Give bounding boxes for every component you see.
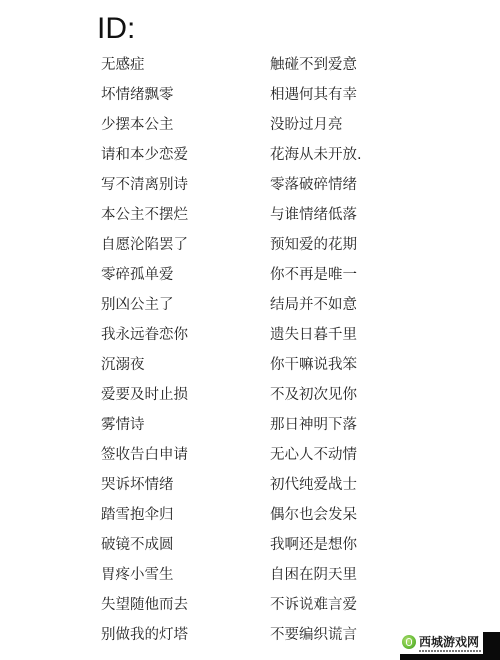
list-row: 本公主不摆烂 与谁情绪低落 [0, 204, 500, 234]
list-item-right: 偶尔也会发呆 [270, 504, 357, 526]
list-item-right: 自困在阴天里 [270, 564, 357, 586]
list-item-left: 零碎孤单爱 [101, 264, 174, 286]
game-logo-icon [402, 635, 416, 649]
list-item-right: 与谁情绪低落 [270, 204, 357, 226]
list-row: 请和本少恋爱 花海从未开放. [0, 144, 500, 174]
list-item-left: 别做我的灯塔 [101, 624, 188, 646]
list-item-left: 破镜不成圆 [101, 534, 174, 556]
list-row: 踏雪抱伞归 偶尔也会发呆 [0, 504, 500, 534]
list-item-right: 无心人不动情 [270, 444, 357, 466]
list-item-right: 相遇何其有幸 [270, 84, 357, 106]
list-item-left: 本公主不摆烂 [101, 204, 188, 226]
list-item-left: 踏雪抱伞归 [101, 504, 174, 526]
list-item-left: 自愿沦陷罢了 [101, 234, 188, 256]
list-item-left: 请和本少恋爱 [101, 144, 188, 166]
list-item-right: 不诉说难言爱 [270, 594, 357, 616]
list-item-left: 雾情诗 [101, 414, 145, 436]
list-item-left: 爱要及时止损 [101, 384, 188, 406]
list-item-right: 遗失日暮千里 [270, 324, 357, 346]
list-row: 哭诉坏情绪 初代纯爱战士 [0, 474, 500, 504]
list-item-right: 预知爱的花期 [270, 234, 357, 256]
list-item-left: 别凶公主了 [101, 294, 174, 316]
list-item-left: 写不清离别诗 [101, 174, 188, 196]
list-item-right: 你干嘛说我笨 [270, 354, 357, 376]
list-row: 沉溺夜 你干嘛说我笨 [0, 354, 500, 384]
list-item-left: 无感症 [101, 54, 145, 76]
list-item-right: 你不再是唯一 [270, 264, 357, 286]
list-row: 写不清离别诗 零落破碎情绪 [0, 174, 500, 204]
list-item-right: 我啊还是想你 [270, 534, 357, 556]
list-row: 胃疼小雪生 自困在阴天里 [0, 564, 500, 594]
list-item-right: 触碰不到爱意 [270, 54, 357, 76]
list-item-left: 哭诉坏情绪 [101, 474, 174, 496]
list-item-right: 初代纯爱战士 [270, 474, 357, 496]
list-item-left: 胃疼小雪生 [101, 564, 174, 586]
list-row: 自愿沦陷罢了 预知爱的花期 [0, 234, 500, 264]
list-item-right: 没盼过月亮 [270, 114, 343, 136]
list-item-left: 坏情绪飘零 [101, 84, 174, 106]
list-row: 破镜不成圆 我啊还是想你 [0, 534, 500, 564]
list-item-right: 结局并不如意 [270, 294, 357, 316]
list-item-right: 零落破碎情绪 [270, 174, 357, 196]
list-row: 爱要及时止损 不及初次见你 [0, 384, 500, 414]
list-row: 零碎孤单爱 你不再是唯一 [0, 264, 500, 294]
list-item-right: 不要编织谎言 [270, 624, 357, 646]
watermark-text: 西城游戏网 [419, 635, 479, 649]
list-item-right: 那日神明下落 [270, 414, 357, 436]
id-name-list: 无感症 触碰不到爱意 坏情绪飘零 相遇何其有幸 少摆本公主 没盼过月亮 请和本少… [0, 54, 500, 654]
list-row: 雾情诗 那日神明下落 [0, 414, 500, 444]
site-watermark: 西城游戏网 [400, 632, 500, 660]
list-row: 我永远眷恋你 遗失日暮千里 [0, 324, 500, 354]
list-item-right: 不及初次见你 [270, 384, 357, 406]
list-item-left: 签收告白申请 [101, 444, 188, 466]
list-row: 少摆本公主 没盼过月亮 [0, 114, 500, 144]
list-item-left: 沉溺夜 [101, 354, 145, 376]
list-row: 失望随他而去 不诉说难言爱 [0, 594, 500, 624]
list-item-left: 失望随他而去 [101, 594, 188, 616]
list-item-left: 少摆本公主 [101, 114, 174, 136]
watermark-subtitle [419, 650, 481, 652]
list-row: 坏情绪飘零 相遇何其有幸 [0, 84, 500, 114]
list-item-right: 花海从未开放. [270, 144, 362, 166]
list-row: 无感症 触碰不到爱意 [0, 54, 500, 84]
page-title: ID: [97, 12, 135, 46]
list-row: 签收告白申请 无心人不动情 [0, 444, 500, 474]
list-row: 别凶公主了 结局并不如意 [0, 294, 500, 324]
watermark-dark-bar [400, 654, 500, 660]
list-item-left: 我永远眷恋你 [101, 324, 188, 346]
